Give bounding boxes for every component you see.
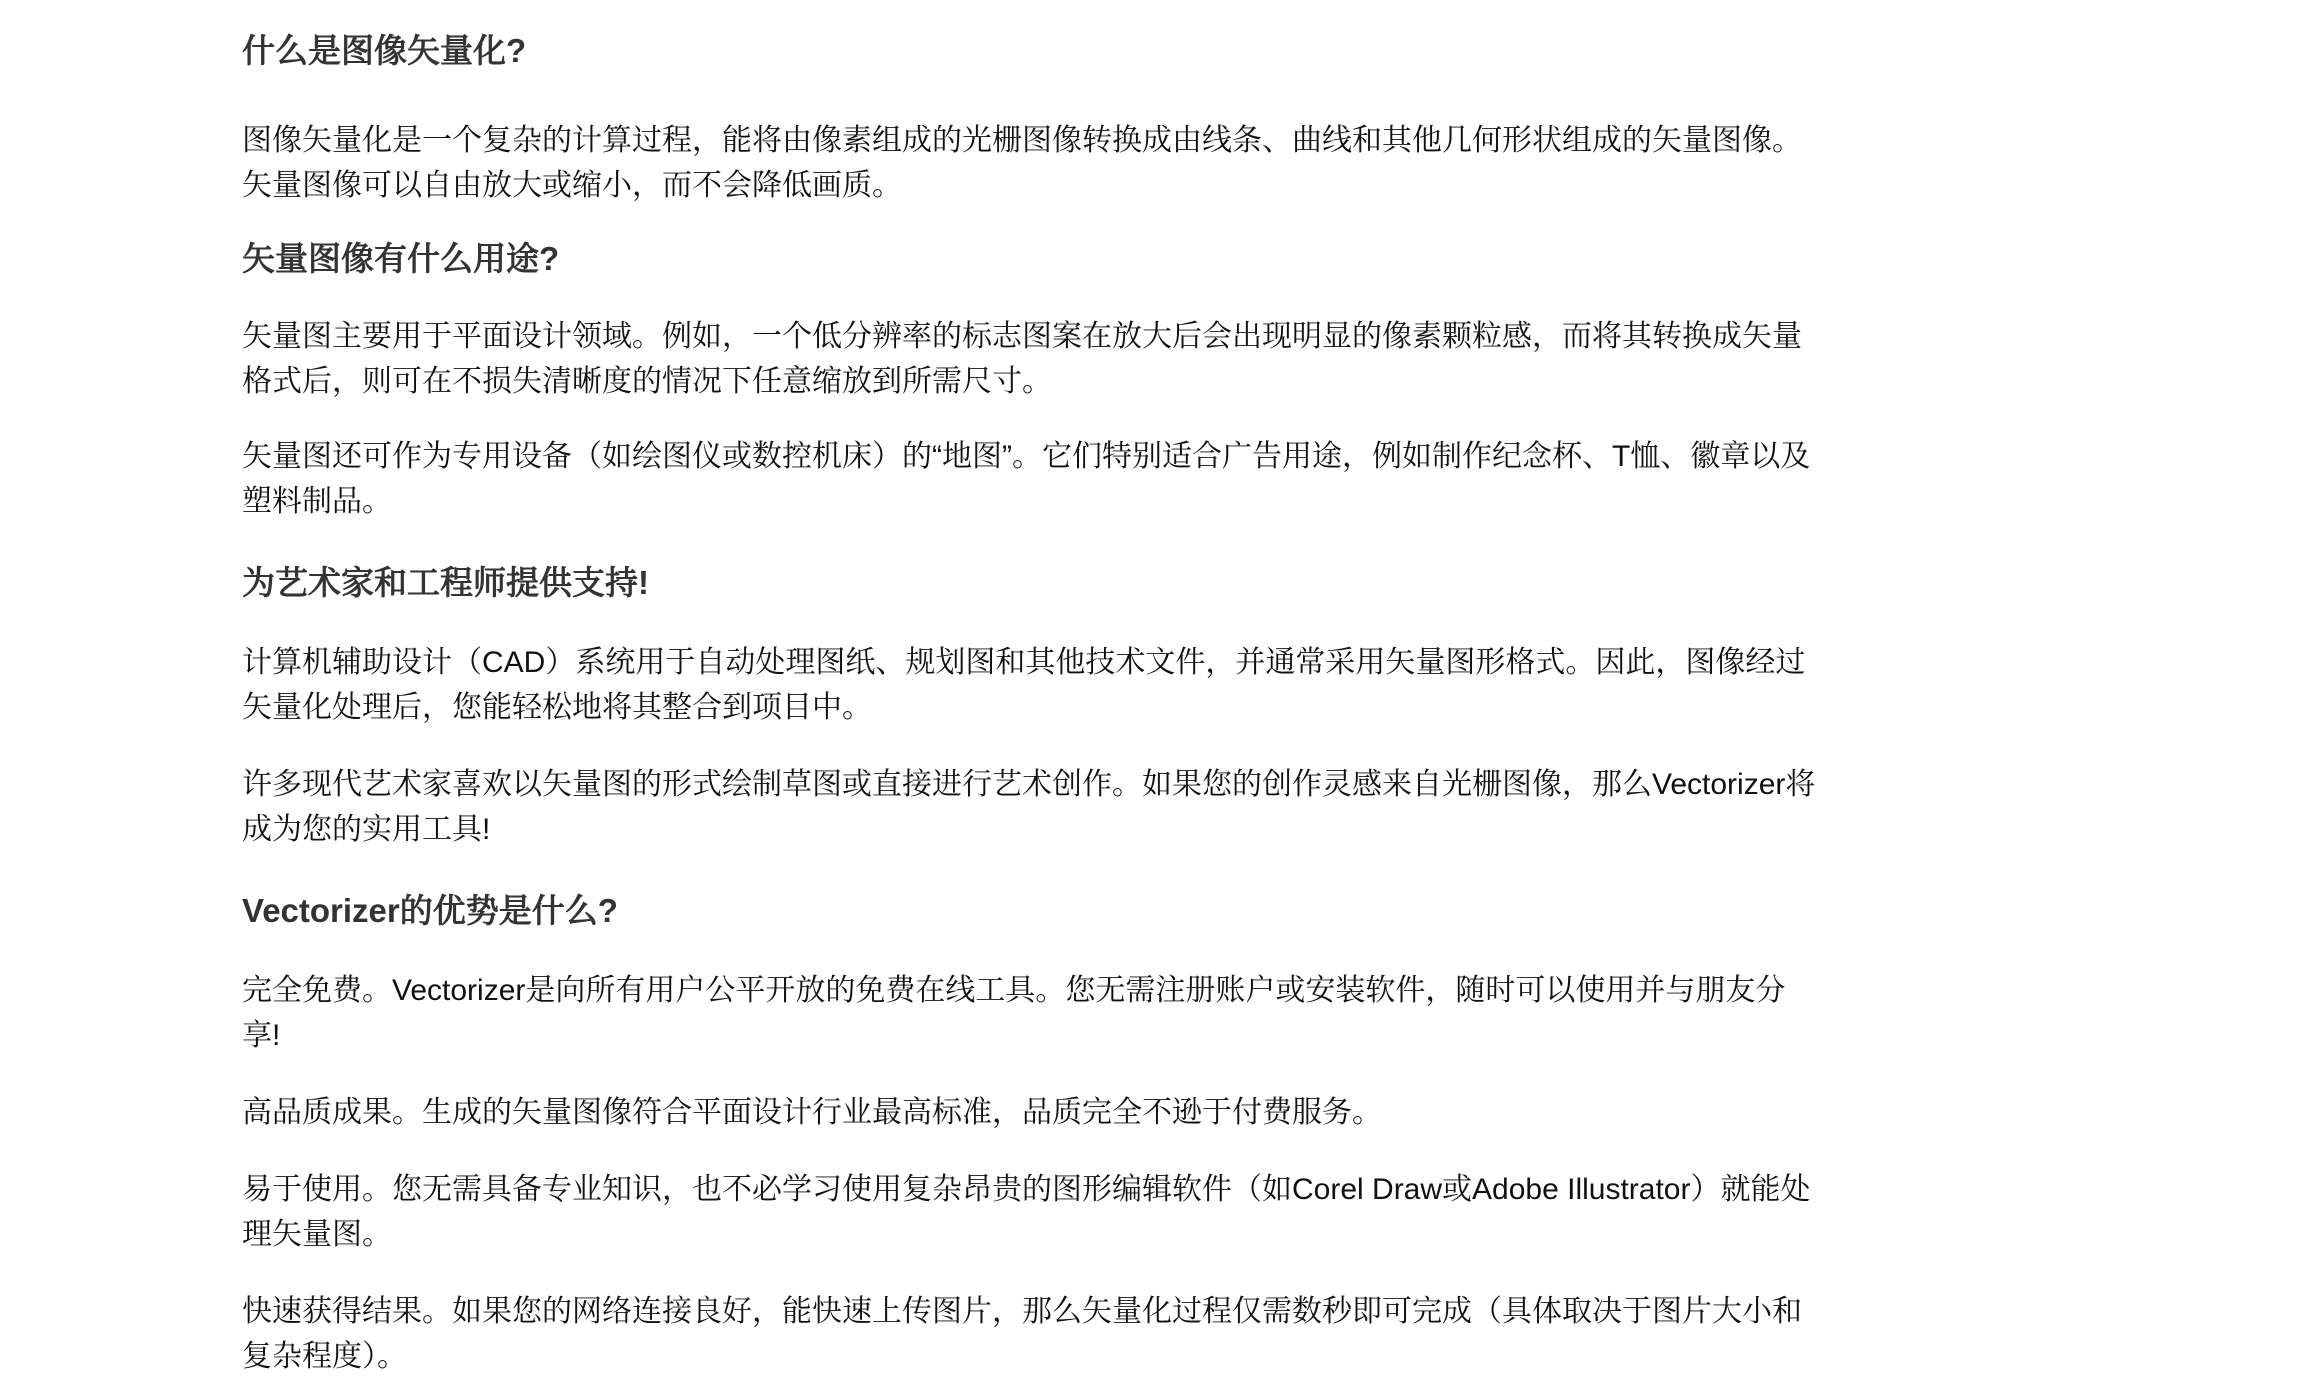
paragraph-line: 许多现代艺术家喜欢以矢量图的形式绘制草图或直接进行艺术创作。如果您的创作灵感来自… — [242, 762, 1962, 807]
paragraph-line: 快速获得结果。如果您的网络连接良好，能快速上传图片，那么矢量化过程仅需数秒即可完… — [242, 1289, 1962, 1334]
paragraph: 许多现代艺术家喜欢以矢量图的形式绘制草图或直接进行艺术创作。如果您的创作灵感来自… — [242, 762, 1962, 852]
paragraph: 易于使用。您无需具备专业知识，也不必学习使用复杂昂贵的图形编辑软件（如Corel… — [242, 1167, 1962, 1257]
paragraph-line: 格式后，则可在不损失清晰度的情况下任意缩放到所需尺寸。 — [242, 359, 1962, 404]
paragraph: 高品质成果。生成的矢量图像符合平面设计行业最高标准，品质完全不逊于付费服务。 — [242, 1090, 1962, 1135]
paragraph-line: 矢量化处理后，您能轻松地将其整合到项目中。 — [242, 685, 1962, 730]
paragraph-line: 复杂程度）。 — [242, 1334, 1962, 1379]
section-vector-uses: 矢量图像有什么用途? 矢量图主要用于平面设计领域。例如，一个低分辨率的标志图案在… — [242, 236, 1962, 524]
section-vectorizer-advantages: Vectorizer的优势是什么? 完全免费。Vectorizer是向所有用户公… — [242, 888, 1962, 1379]
section-heading: Vectorizer的优势是什么? — [242, 888, 1962, 934]
paragraph-line: 成为您的实用工具! — [242, 807, 1962, 852]
section-what-is-vectorization: 什么是图像矢量化? 图像矢量化是一个复杂的计算过程，能将由像素组成的光栅图像转换… — [242, 28, 1962, 208]
paragraph: 完全免费。Vectorizer是向所有用户公平开放的免费在线工具。您无需注册账户… — [242, 968, 1962, 1058]
paragraph-line: 高品质成果。生成的矢量图像符合平面设计行业最高标准，品质完全不逊于付费服务。 — [242, 1090, 1962, 1135]
paragraph-line: 理矢量图。 — [242, 1212, 1962, 1257]
paragraph-line: 矢量图主要用于平面设计领域。例如，一个低分辨率的标志图案在放大后会出现明显的像素… — [242, 314, 1962, 359]
paragraph-line: 图像矢量化是一个复杂的计算过程，能将由像素组成的光栅图像转换成由线条、曲线和其他… — [242, 118, 1962, 163]
paragraph: 快速获得结果。如果您的网络连接良好，能快速上传图片，那么矢量化过程仅需数秒即可完… — [242, 1289, 1962, 1379]
paragraph-line: 享! — [242, 1013, 1962, 1058]
section-heading: 为艺术家和工程师提供支持! — [242, 560, 1962, 606]
paragraph-line: 完全免费。Vectorizer是向所有用户公平开放的免费在线工具。您无需注册账户… — [242, 968, 1962, 1013]
paragraph: 图像矢量化是一个复杂的计算过程，能将由像素组成的光栅图像转换成由线条、曲线和其他… — [242, 118, 1962, 208]
paragraph-line: 矢量图像可以自由放大或缩小，而不会降低画质。 — [242, 163, 1962, 208]
paragraph: 矢量图主要用于平面设计领域。例如，一个低分辨率的标志图案在放大后会出现明显的像素… — [242, 314, 1962, 404]
section-heading: 什么是图像矢量化? — [242, 28, 1962, 74]
paragraph-line: 矢量图还可作为专用设备（如绘图仪或数控机床）的“地图”。它们特别适合广告用途，例… — [242, 434, 1962, 479]
section-artists-engineers: 为艺术家和工程师提供支持! 计算机辅助设计（CAD）系统用于自动处理图纸、规划图… — [242, 560, 1962, 852]
paragraph: 矢量图还可作为专用设备（如绘图仪或数控机床）的“地图”。它们特别适合广告用途，例… — [242, 434, 1962, 524]
paragraph: 计算机辅助设计（CAD）系统用于自动处理图纸、规划图和其他技术文件，并通常采用矢… — [242, 640, 1962, 730]
article-content: 什么是图像矢量化? 图像矢量化是一个复杂的计算过程，能将由像素组成的光栅图像转换… — [242, 0, 1962, 1379]
section-heading: 矢量图像有什么用途? — [242, 236, 1962, 282]
paragraph-line: 塑料制品。 — [242, 479, 1962, 524]
paragraph-line: 易于使用。您无需具备专业知识，也不必学习使用复杂昂贵的图形编辑软件（如Corel… — [242, 1167, 1962, 1212]
paragraph-line: 计算机辅助设计（CAD）系统用于自动处理图纸、规划图和其他技术文件，并通常采用矢… — [242, 640, 1962, 685]
